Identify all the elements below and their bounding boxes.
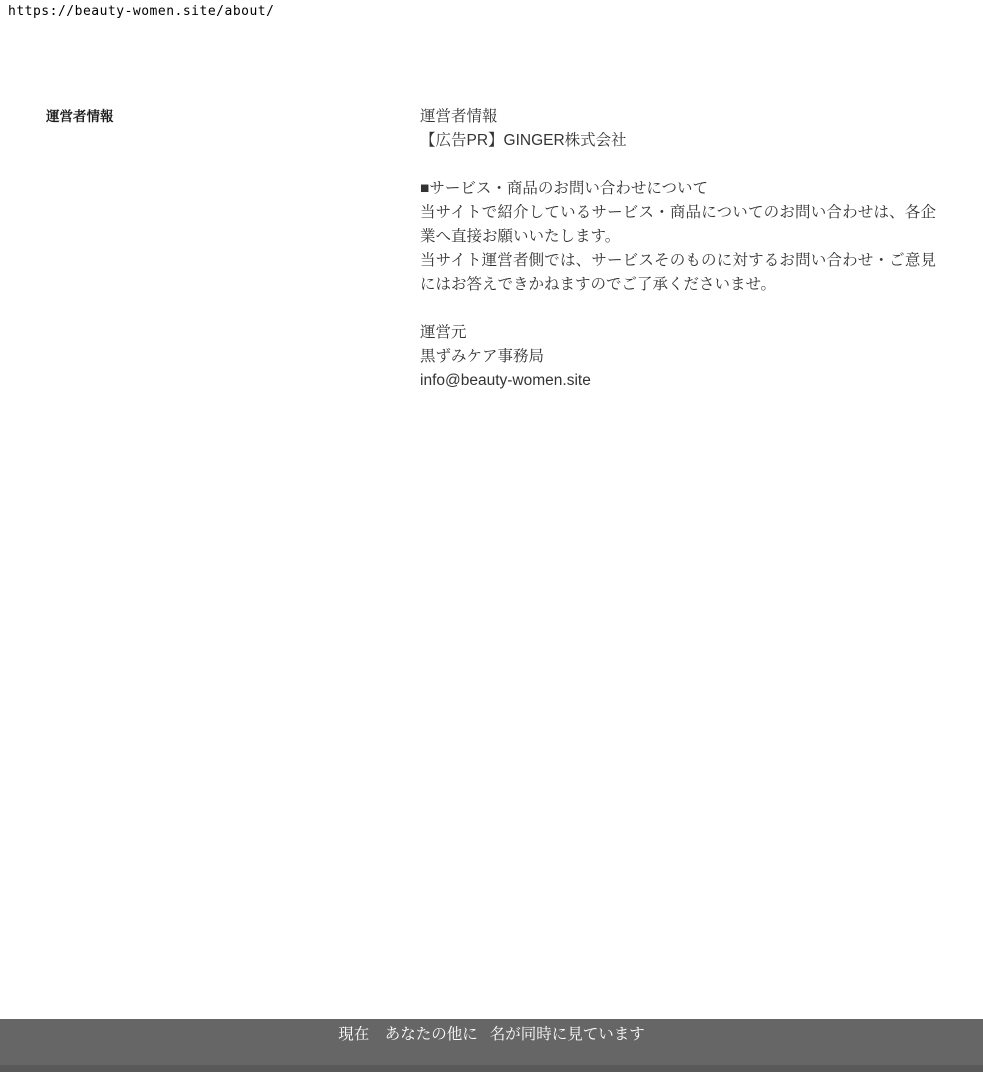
pr-disclosure-line: 【広告PR】GINGER株式会社 xyxy=(420,129,936,153)
contact-paragraph-2: 当サイト運営者側では、サービスそのものに対するお問い合わせ・ご意見にはお答えでき… xyxy=(420,249,936,297)
blank-line xyxy=(420,153,936,177)
contact-section-heading: ■サービス・商品のお問い合わせについて xyxy=(420,177,936,201)
viewer-count-suffix: 名が同時に見ています xyxy=(490,1026,645,1043)
page-title: 運営者情報 xyxy=(420,105,936,129)
main-content: 運営者情報 【広告PR】GINGER株式会社 ■サービス・商品のお問い合わせにつ… xyxy=(420,105,936,393)
footer-bottom-strip xyxy=(0,1065,983,1072)
operator-email: info@beauty-women.site xyxy=(420,369,936,393)
blank-line xyxy=(420,297,936,321)
viewer-count-bar: 現在 あなたの他に名が同時に見ています xyxy=(0,1019,983,1072)
sidebar-title-operator-info: 運営者情報 xyxy=(46,108,386,125)
sidebar: 運営者情報 xyxy=(46,108,386,125)
contact-paragraph-1: 当サイトで紹介しているサービス・商品についてのお問い合わせは、各企業へ直接お願い… xyxy=(420,201,936,249)
page-url-text: https://beauty-women.site/about/ xyxy=(8,4,274,19)
operator-label: 運営元 xyxy=(420,321,936,345)
operator-name: 黒ずみケア事務局 xyxy=(420,345,936,369)
viewer-count-text: 現在 あなたの他に名が同時に見ています xyxy=(0,1019,983,1046)
viewer-count-prefix: 現在 あなたの他に xyxy=(338,1026,478,1043)
